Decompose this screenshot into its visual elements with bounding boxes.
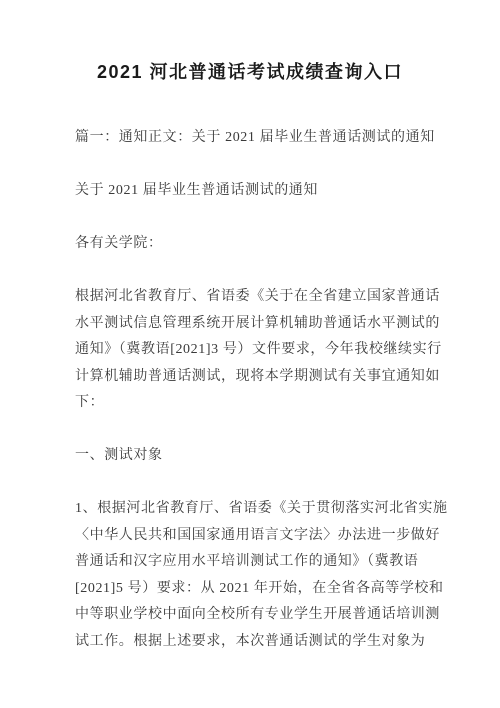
document-page: 2021 河北普通话考试成绩查询入口 篇一：通知正文：关于 2021 届毕业生普… xyxy=(0,0,500,708)
paragraph-test-subjects: 1、根据河北省教育厅、省语委《关于贯彻落实河北省实施 〈中华人民共和国国家通用语… xyxy=(75,496,440,655)
section-heading-test-subjects: 一、测试对象 xyxy=(75,443,440,470)
paragraph-intro-label: 篇一：通知正文：关于 2021 届毕业生普通话测试的通知 xyxy=(75,125,440,152)
paragraph-notice-title: 关于 2021 届毕业生普通话测试的通知 xyxy=(75,178,440,205)
document-body: 篇一：通知正文：关于 2021 届毕业生普通话测试的通知 关于 2021 届毕业… xyxy=(75,125,440,655)
paragraph-salutation: 各有关学院： xyxy=(75,231,440,258)
page-title: 2021 河北普通话考试成绩查询入口 xyxy=(30,59,470,85)
paragraph-policy-basis: 根据河北省教育厅、省语委《关于在全省建立国家普通话 水平测试信息管理系统开展计算… xyxy=(75,284,440,417)
